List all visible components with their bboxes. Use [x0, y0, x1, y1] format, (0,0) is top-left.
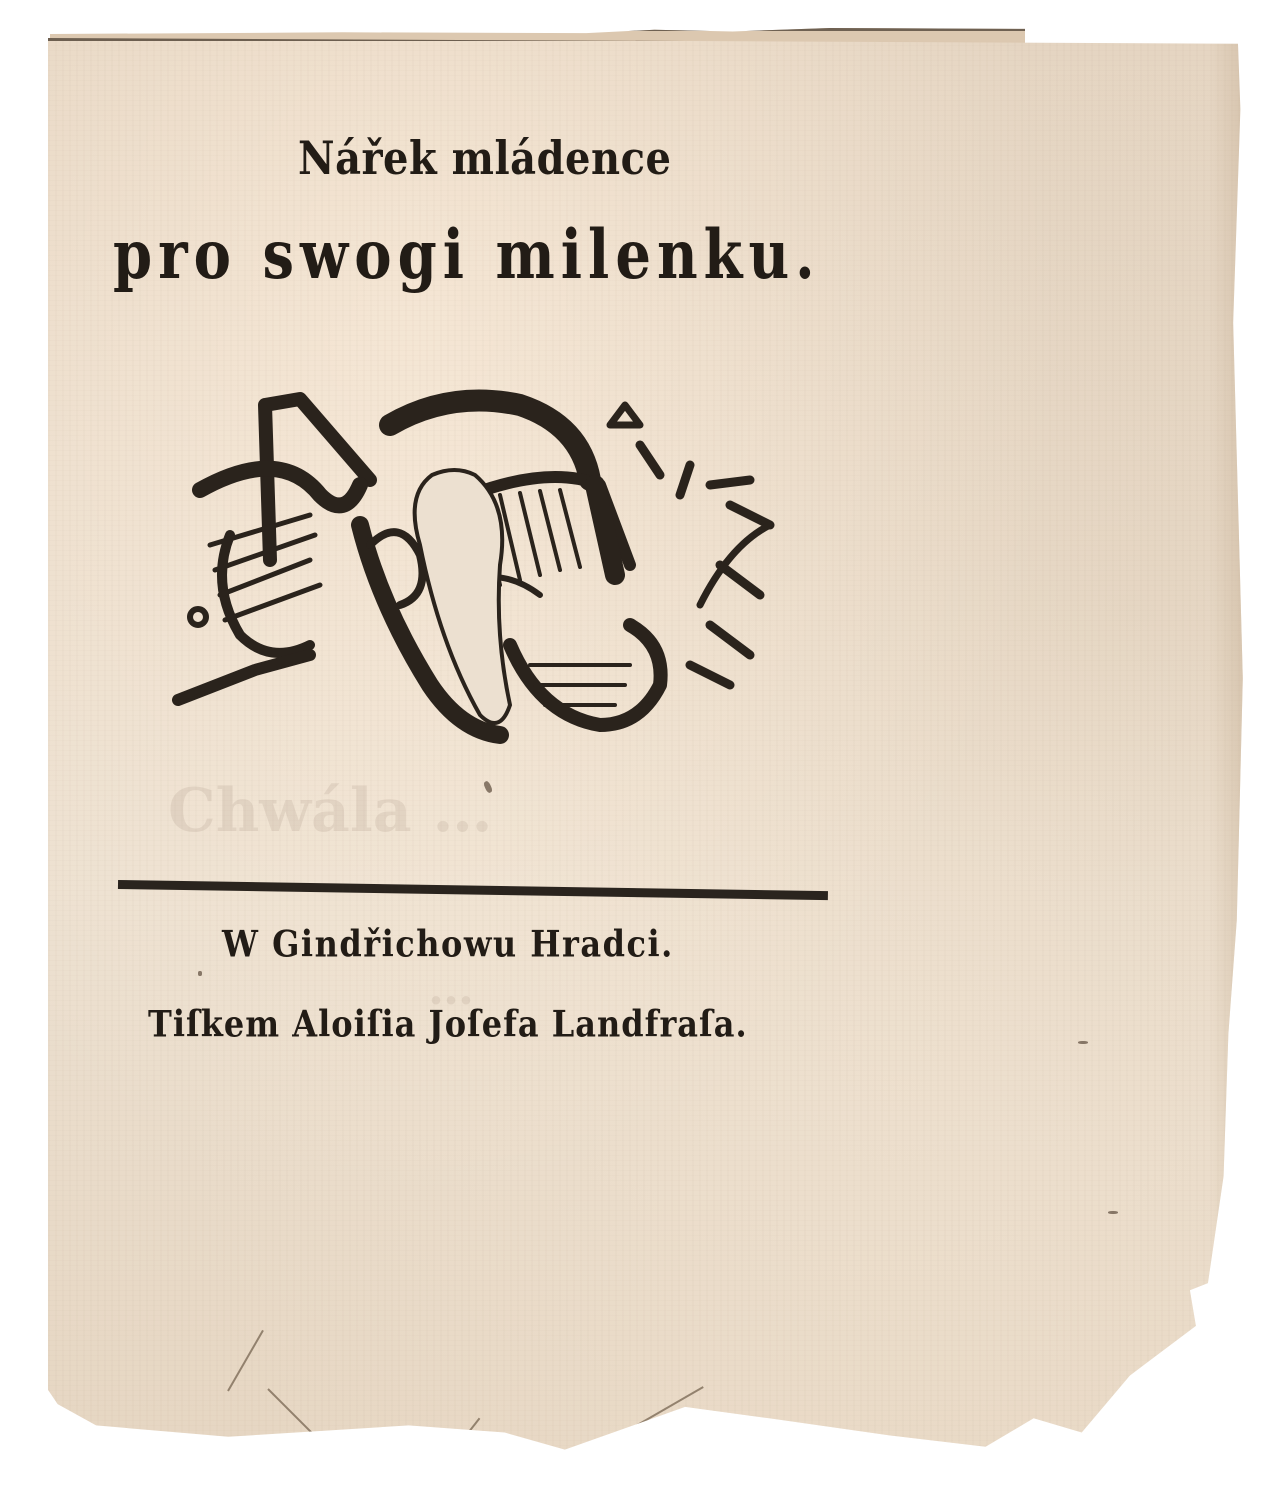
paper-tear [608, 1386, 704, 1443]
paper-tear [227, 1330, 264, 1392]
imprint-place: W Gindřichowu Hradci. [222, 922, 674, 966]
paper-edge-shading [1210, 41, 1250, 1461]
paper-tear [867, 1444, 909, 1500]
title-line-1: Nářek mládence [298, 131, 671, 185]
paper-tear [417, 1418, 480, 1498]
paper-speck [1108, 1211, 1118, 1214]
bleed-through-text: Chwála … [168, 776, 492, 846]
paper-speck [1078, 1041, 1088, 1044]
title-line-2: pro swogi milenku. [113, 215, 821, 294]
imprint-printer: Tiſkem Aloiſia Joſefa Landfraſa. [148, 1002, 748, 1046]
paper-speck [198, 971, 202, 976]
woodcut-vignette-icon [170, 385, 780, 755]
scanned-page: Chwála … … Nářek mládence pro swogi mile… [0, 0, 1275, 1500]
paper-tear [267, 1388, 325, 1446]
